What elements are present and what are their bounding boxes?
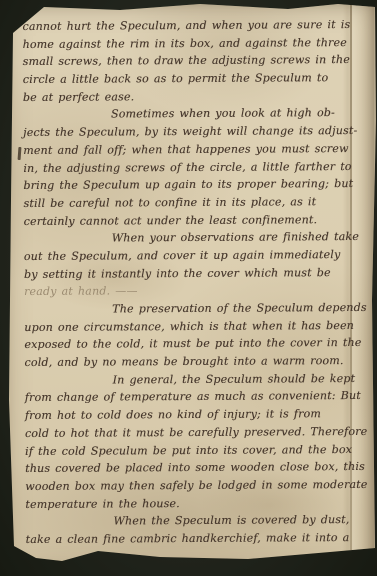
manuscript-line: When your observations are finished take: [24, 228, 356, 248]
manuscript-line: wooden box may then safely be lodged in …: [25, 476, 357, 496]
manuscript-line: The preservation of the Speculum depends: [24, 299, 356, 319]
manuscript-line: thus covered be placed into some wooden …: [25, 458, 357, 478]
manuscript-line: out the Speculum, and cover it up again …: [24, 246, 356, 266]
manuscript-line: by setting it instantly into the cover w…: [24, 264, 356, 284]
manuscript-line: ment and fall off; when that happenes yo…: [23, 140, 355, 160]
manuscript-line: from hot to cold does no kind of injury;…: [25, 405, 357, 425]
manuscript-line: if the cold Speculum be put into its cov…: [25, 440, 357, 460]
manuscript-line: jects the Speculum, by its weight will c…: [23, 122, 355, 142]
manuscript-line: In general, the Speculum should be kept: [25, 370, 357, 390]
manuscript-line: small screws, then to draw the adjusting…: [23, 51, 355, 71]
manuscript-line: temperature in the house.: [25, 494, 357, 514]
manuscript-line: circle a little back so as to permit the…: [23, 69, 355, 89]
manuscript-line: home against the rim in its box, and aga…: [22, 34, 354, 54]
manuscript-line: from change of temperature as much as co…: [25, 387, 357, 407]
manuscript-line: certainly cannot act under the least con…: [24, 211, 356, 231]
manuscript-line: cold, and by no means be brought into a …: [24, 352, 356, 372]
manuscript-line: still be careful not to confine it in it…: [23, 193, 355, 213]
manuscript-line: cold to hot that it must be carefully pr…: [25, 423, 357, 443]
margin-ink-mark: [18, 147, 22, 160]
manuscript-line: in, the adjusting screws of the circle, …: [23, 157, 355, 177]
manuscript-line: upon one circumstance, which is that whe…: [24, 317, 356, 337]
manuscript-line: Sometimes when you look at high ob-: [23, 104, 355, 124]
manuscript-photo: cannot hurt the Speculum, and when you a…: [0, 0, 377, 576]
manuscript-line: bring the Speculum up again to its prope…: [23, 175, 355, 195]
manuscript-line: When the Speculum is covered by dust,: [25, 511, 357, 531]
manuscript-line: take a clean fine cambric handkerchief, …: [26, 529, 358, 549]
manuscript-line: be at perfect ease.: [23, 87, 355, 107]
handwritten-text-block: cannot hurt the Speculum, and when you a…: [22, 16, 357, 549]
manuscript-page: cannot hurt the Speculum, and when you a…: [0, 0, 377, 576]
manuscript-line: cannot hurt the Speculum, and when you a…: [22, 16, 354, 36]
manuscript-line: ready at hand. ——: [24, 281, 356, 301]
manuscript-line: exposed to the cold, it must be put into…: [24, 334, 356, 354]
